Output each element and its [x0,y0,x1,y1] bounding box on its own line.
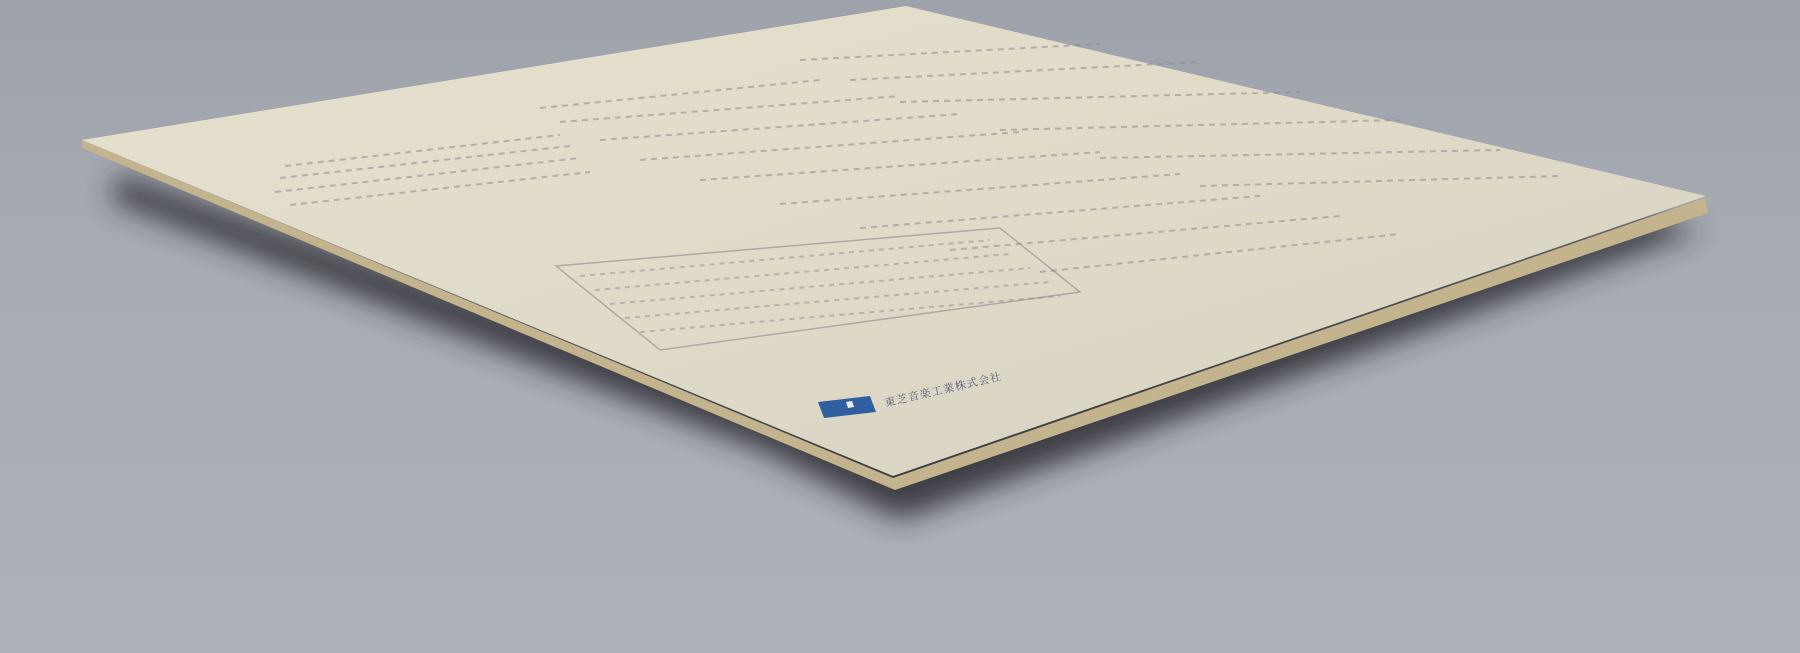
photo-scene: 東芝音楽工業株式会社 [0,0,1800,653]
jacket-illustration [0,0,1800,653]
